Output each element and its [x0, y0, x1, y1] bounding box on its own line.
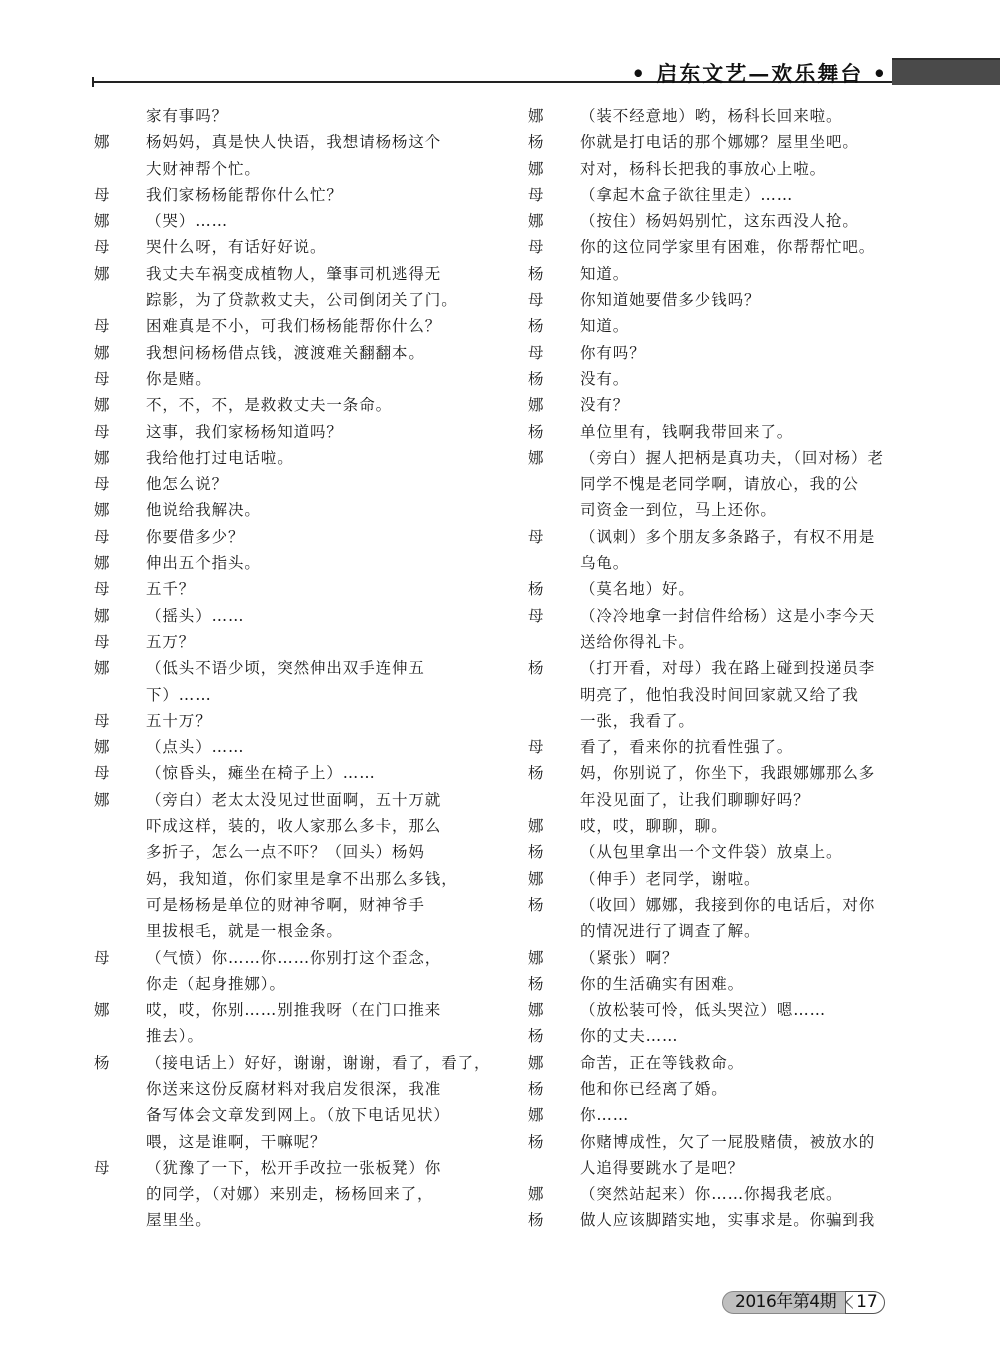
dialogue-line: 杨你就是打电话的那个娜娜？屋里坐吧。 [528, 129, 908, 155]
speaker-label: 娜 [94, 787, 146, 813]
dialogue-text: 你的生活确实有困难。 [580, 971, 908, 997]
dialogue-text: 他说给我解决。 [146, 497, 474, 523]
dialogue-text: （旁白）握人把柄是真功夫，（回对杨）老 [580, 445, 908, 471]
dialogue-line: 明亮了，他怕我没时间回家就又给了我 [528, 682, 908, 708]
speaker-label: 娜 [94, 550, 146, 576]
speaker-label [94, 682, 146, 708]
dialogue-text: 下）…… [146, 682, 474, 708]
dialogue-text: 知道。 [580, 261, 908, 287]
dialogue-text: 我们家杨杨能帮你什么忙？ [146, 182, 474, 208]
dialogue-line: 母五千？ [94, 576, 474, 602]
speaker-label: 母 [94, 708, 146, 734]
dialogue-text: 的同学，（对娜）来别走，杨杨回来了， [146, 1181, 474, 1207]
speaker-label: 娜 [94, 603, 146, 629]
speaker-label [528, 682, 580, 708]
speaker-label: 娜 [528, 392, 580, 418]
dialogue-line: 娜对对，杨科长把我的事放心上啦。 [528, 156, 908, 182]
issue-label: 2016年第4期 [722, 1291, 847, 1314]
speaker-label: 娜 [94, 261, 146, 287]
speaker-label: 母 [94, 471, 146, 497]
dialogue-text: 送给你得礼卡。 [580, 629, 908, 655]
speaker-label: 杨 [528, 261, 580, 287]
dialogue-text: 五千？ [146, 576, 474, 602]
dialogue-line: 母五十万？ [94, 708, 474, 734]
dialogue-text: 哭什么呀，有话好好说。 [146, 234, 474, 260]
speaker-label: 母 [94, 524, 146, 550]
dialogue-line: 娜我给他打过电话啦。 [94, 445, 474, 471]
dialogue-line: 杨知道。 [528, 313, 908, 339]
dialogue-text: 对对，杨科长把我的事放心上啦。 [580, 156, 908, 182]
speaker-label [94, 156, 146, 182]
dialogue-text: （放松装可怜，低头哭泣）嗯…… [580, 997, 908, 1023]
dialogue-line: 多折子，怎么一点不吓？（回头）杨妈 [94, 839, 474, 865]
speaker-label: 母 [528, 287, 580, 313]
dialogue-text: 我想问杨杨借点钱，渡渡难关翻翻本。 [146, 340, 474, 366]
dialogue-line: 母我们家杨杨能帮你什么忙？ [94, 182, 474, 208]
dialogue-line: 母你的这位同学家里有困难，你帮帮忙吧。 [528, 234, 908, 260]
speaker-label [528, 629, 580, 655]
speaker-label [528, 471, 580, 497]
dialogue-text: 同学不愧是老同学啊，请放心，我的公 [580, 471, 908, 497]
speaker-label: 娜 [528, 866, 580, 892]
speaker-label: 母 [94, 313, 146, 339]
dialogue-text: 乌龟。 [580, 550, 908, 576]
speaker-label: 杨 [94, 1050, 146, 1076]
section-title: • 启东文艺—欢乐舞台 • [632, 58, 888, 88]
speaker-label: 娜 [528, 997, 580, 1023]
dialogue-text: 妈，你别说了，你坐下，我跟娜娜那么多 [580, 760, 908, 786]
dialogue-line: 乌龟。 [528, 550, 908, 576]
speaker-label: 母 [528, 524, 580, 550]
speaker-label: 母 [94, 576, 146, 602]
dialogue-line: 母看了，看来你的抗看性强了。 [528, 734, 908, 760]
dialogue-text: 你知道她要借多少钱吗？ [580, 287, 908, 313]
speaker-label: 娜 [94, 497, 146, 523]
left-column: 家有事吗？娜杨妈妈，真是快人快语，我想请杨杨这个大财神帮个忙。母我们家杨杨能帮你… [94, 103, 474, 1234]
speaker-label [94, 866, 146, 892]
dialogue-text: 做人应该脚踏实地，实事求是。你骗到我 [580, 1207, 908, 1233]
speaker-label: 杨 [528, 129, 580, 155]
dialogue-line: 母五万？ [94, 629, 474, 655]
speaker-label: 母 [528, 340, 580, 366]
dialogue-line: 母哭什么呀，有话好好说。 [94, 234, 474, 260]
dialogue-text: 备写体会文章发到网上。（放下电话见状） [146, 1102, 474, 1128]
speaker-label: 杨 [528, 1023, 580, 1049]
right-column: 娜（装不经意地）哟，杨科长回来啦。杨你就是打电话的那个娜娜？屋里坐吧。娜对对，杨… [528, 103, 908, 1234]
dialogue-line: 母（拿起木盒子欲往里走）…… [528, 182, 908, 208]
speaker-label: 杨 [528, 892, 580, 918]
dialogue-line: 杨他和你已经离了婚。 [528, 1076, 908, 1102]
dialogue-text: 你…… [580, 1102, 908, 1128]
speaker-label: 母 [94, 366, 146, 392]
speaker-label: 母 [528, 603, 580, 629]
dialogue-text: 可是杨杨是单位的财神爷啊，财神爷手 [146, 892, 474, 918]
dialogue-text: （突然站起来）你……你揭我老底。 [580, 1181, 908, 1207]
dialogue-text: 看了，看来你的抗看性强了。 [580, 734, 908, 760]
dialogue-line: 里拔根毛，就是一根金条。 [94, 918, 474, 944]
speaker-label [528, 497, 580, 523]
dialogue-line: 母困难真是不小，可我们杨杨能帮你什么？ [94, 313, 474, 339]
dialogue-line: 杨（收回）娜娜，我接到你的电话后，对你 [528, 892, 908, 918]
speaker-label: 娜 [94, 445, 146, 471]
dialogue-text: 这事，我们家杨杨知道吗？ [146, 419, 474, 445]
dialogue-line: 人追得要跳水了是吧？ [528, 1155, 908, 1181]
dialogue-line: 娜（哭）…… [94, 208, 474, 234]
dialogue-line: 杨（接电话上）好好，谢谢，谢谢，看了，看了， [94, 1050, 474, 1076]
dialogue-text: 他怎么说？ [146, 471, 474, 497]
dialogue-line: 踪影，为了贷款救丈夫，公司倒闭关了门。 [94, 287, 474, 313]
dialogue-text: 知道。 [580, 313, 908, 339]
dialogue-text: 你赌博成性，欠了一屁股赌债，被放水的 [580, 1129, 908, 1155]
speaker-label: 杨 [528, 313, 580, 339]
dialogue-text: （打开看，对母）我在路上碰到投递员李 [580, 655, 908, 681]
dialogue-line: 杨没有。 [528, 366, 908, 392]
dialogue-text: （惊昏头，瘫坐在椅子上）…… [146, 760, 474, 786]
speaker-label: 杨 [528, 1207, 580, 1233]
speaker-label [94, 1129, 146, 1155]
dialogue-text: （低头不语少顷，突然伸出双手连伸五 [146, 655, 474, 681]
dialogue-line: 杨你赌博成性，欠了一屁股赌债，被放水的 [528, 1129, 908, 1155]
speaker-label: 杨 [528, 1129, 580, 1155]
dialogue-line: 娜杨妈妈，真是快人快语，我想请杨杨这个 [94, 129, 474, 155]
dialogue-line: 娜（点头）…… [94, 734, 474, 760]
speaker-label: 杨 [528, 971, 580, 997]
dialogue-text: （莫名地）好。 [580, 576, 908, 602]
dialogue-text: （装不经意地）哟，杨科长回来啦。 [580, 103, 908, 129]
speaker-label: 娜 [528, 1050, 580, 1076]
speaker-label: 娜 [528, 1102, 580, 1128]
page-header: • 启东文艺—欢乐舞台 • [0, 0, 1000, 90]
dialogue-line: 母（冷冷地拿一封信件给杨）这是小李今天 [528, 603, 908, 629]
dialogue-line: 备写体会文章发到网上。（放下电话见状） [94, 1102, 474, 1128]
speaker-label: 娜 [94, 392, 146, 418]
dialogue-text: 多折子，怎么一点不吓？（回头）杨妈 [146, 839, 474, 865]
speaker-label: 母 [94, 1155, 146, 1181]
dialogue-text: （犹豫了一下，松开手改拉一张板凳）你 [146, 1155, 474, 1181]
dialogue-line: 的同学，（对娜）来别走，杨杨回来了， [94, 1181, 474, 1207]
dialogue-text: （拿起木盒子欲往里走）…… [580, 182, 908, 208]
dialogue-line: 娜哎，哎，你别……别推我呀（在门口推来 [94, 997, 474, 1023]
dialogue-line: 娜没有？ [528, 392, 908, 418]
speaker-label: 娜 [528, 945, 580, 971]
speaker-label: 杨 [528, 366, 580, 392]
speaker-label: 杨 [528, 655, 580, 681]
dialogue-line: 娜哎，哎，聊聊，聊。 [528, 813, 908, 839]
dialogue-line: 母（惊昏头，瘫坐在椅子上）…… [94, 760, 474, 786]
dialogue-line: 娜（放松装可怜，低头哭泣）嗯…… [528, 997, 908, 1023]
dialogue-text: 命苦，正在等钱救命。 [580, 1050, 908, 1076]
dialogue-text: 杨妈妈，真是快人快语，我想请杨杨这个 [146, 129, 474, 155]
dialogue-line: 娜（伸手）老同学，谢啦。 [528, 866, 908, 892]
speaker-label [94, 813, 146, 839]
dialogue-line: 母你有吗？ [528, 340, 908, 366]
dialogue-line: 杨单位里有，钱啊我带回来了。 [528, 419, 908, 445]
speaker-label [94, 1102, 146, 1128]
dialogue-text: 你是赌。 [146, 366, 474, 392]
speaker-label: 母 [94, 629, 146, 655]
speaker-label: 杨 [528, 760, 580, 786]
speaker-label [94, 103, 146, 129]
page-number: 17 [845, 1291, 885, 1314]
dialogue-line: 母（犹豫了一下，松开手改拉一张板凳）你 [94, 1155, 474, 1181]
dialogue-text: 单位里有，钱啊我带回来了。 [580, 419, 908, 445]
speaker-label: 娜 [528, 1181, 580, 1207]
dialogue-line: 娜不，不，不，是救救丈夫一条命。 [94, 392, 474, 418]
dialogue-line: 你走（起身推娜）。 [94, 971, 474, 997]
dialogue-text: 踪影，为了贷款救丈夫，公司倒闭关了门。 [146, 287, 474, 313]
dialogue-line: 家有事吗？ [94, 103, 474, 129]
dialogue-text: （讽刺）多个朋友多条路子，有权不用是 [580, 524, 908, 550]
dialogue-line: 娜伸出五个指头。 [94, 550, 474, 576]
dialogue-line: 娜（突然站起来）你……你揭我老底。 [528, 1181, 908, 1207]
dialogue-line: 下）…… [94, 682, 474, 708]
dialogue-line: 娜（摇头）…… [94, 603, 474, 629]
speaker-label: 娜 [94, 340, 146, 366]
speaker-label: 母 [528, 234, 580, 260]
dialogue-line: 你送来这份反腐材料对我启发很深，我准 [94, 1076, 474, 1102]
dialogue-line: 娜（装不经意地）哟，杨科长回来啦。 [528, 103, 908, 129]
speaker-label: 杨 [528, 576, 580, 602]
speaker-label: 娜 [94, 655, 146, 681]
dialogue-text: 困难真是不小，可我们杨杨能帮你什么？ [146, 313, 474, 339]
dialogue-text: （哭）…… [146, 208, 474, 234]
dialogue-text: 我丈夫车祸变成植物人，肇事司机逃得无 [146, 261, 474, 287]
dialogue-text: （紧张）啊？ [580, 945, 908, 971]
speaker-label: 杨 [528, 839, 580, 865]
dialogue-line: 母（讽刺）多个朋友多条路子，有权不用是 [528, 524, 908, 550]
speaker-label: 娜 [528, 208, 580, 234]
speaker-label: 娜 [94, 208, 146, 234]
dialogue-text: （冷冷地拿一封信件给杨）这是小李今天 [580, 603, 908, 629]
speaker-label: 娜 [528, 813, 580, 839]
speaker-label: 娜 [94, 129, 146, 155]
speaker-label [528, 550, 580, 576]
dialogue-line: 娜我丈夫车祸变成植物人，肇事司机逃得无 [94, 261, 474, 287]
dialogue-text: 屋里坐。 [146, 1207, 474, 1233]
dialogue-line: 杨（打开看，对母）我在路上碰到投递员李 [528, 655, 908, 681]
speaker-label [94, 971, 146, 997]
speaker-label: 母 [94, 182, 146, 208]
dialogue-line: 同学不愧是老同学啊，请放心，我的公 [528, 471, 908, 497]
dialogue-text: 五十万？ [146, 708, 474, 734]
dialogue-line: 娜（旁白）老太太没见过世面啊，五十万就 [94, 787, 474, 813]
dialogue-text: 你就是打电话的那个娜娜？屋里坐吧。 [580, 129, 908, 155]
speaker-label: 杨 [528, 1076, 580, 1102]
dialogue-line: 杨你的丈夫…… [528, 1023, 908, 1049]
dialogue-line: 母（气愤）你……你……你别打这个歪念， [94, 945, 474, 971]
dialogue-text: 司资金一到位，马上还你。 [580, 497, 908, 523]
dialogue-line: 大财神帮个忙。 [94, 156, 474, 182]
dialogue-text: 喂，这是谁啊，干嘛呢？ [146, 1129, 474, 1155]
speaker-label [528, 1155, 580, 1181]
speaker-label [94, 839, 146, 865]
dialogue-line: 母你要借多少？ [94, 524, 474, 550]
dialogue-line: 母你知道她要借多少钱吗？ [528, 287, 908, 313]
dialogue-line: 屋里坐。 [94, 1207, 474, 1233]
dialogue-line: 娜（按住）杨妈妈别忙，这东西没人抢。 [528, 208, 908, 234]
dialogue-line: 杨做人应该脚踏实地，实事求是。你骗到我 [528, 1207, 908, 1233]
speaker-label: 母 [528, 734, 580, 760]
dialogue-text: 的情况进行了调查了解。 [580, 918, 908, 944]
dialogue-text: 明亮了，他怕我没时间回家就又给了我 [580, 682, 908, 708]
dialogue-text: 推去）。 [146, 1023, 474, 1049]
dialogue-text: （旁白）老太太没见过世面啊，五十万就 [146, 787, 474, 813]
speaker-label [94, 1076, 146, 1102]
dialogue-text: （接电话上）好好，谢谢，谢谢，看了，看了， [146, 1050, 490, 1076]
dialogue-line: 娜（低头不语少顷，突然伸出双手连伸五 [94, 655, 474, 681]
header-gray-block [892, 58, 1000, 85]
dialogue-line: 杨知道。 [528, 261, 908, 287]
dialogue-line: 娜命苦，正在等钱救命。 [528, 1050, 908, 1076]
dialogue-line: 母这事，我们家杨杨知道吗？ [94, 419, 474, 445]
dialogue-line: 年没见面了，让我们聊聊好吗？ [528, 787, 908, 813]
dialogue-line: 送给你得礼卡。 [528, 629, 908, 655]
speaker-label: 娜 [528, 445, 580, 471]
speaker-label: 母 [528, 182, 580, 208]
dialogue-line: 可是杨杨是单位的财神爷啊，财神爷手 [94, 892, 474, 918]
speaker-label [94, 918, 146, 944]
dialogue-line: 娜你…… [528, 1102, 908, 1128]
speaker-label [94, 1181, 146, 1207]
dialogue-text: （伸手）老同学，谢啦。 [580, 866, 908, 892]
dialogue-text: （收回）娜娜，我接到你的电话后，对你 [580, 892, 908, 918]
dialogue-line: 吓成这样，装的，收人家那么多卡，那么 [94, 813, 474, 839]
speaker-label [528, 787, 580, 813]
dialogue-text: 年没见面了，让我们聊聊好吗？ [580, 787, 908, 813]
speaker-label: 母 [94, 419, 146, 445]
dialogue-line: 母他怎么说？ [94, 471, 474, 497]
dialogue-line: 杨（莫名地）好。 [528, 576, 908, 602]
dialogue-text: 吓成这样，装的，收人家那么多卡，那么 [146, 813, 474, 839]
speaker-label: 母 [94, 234, 146, 260]
dialogue-line: 杨（从包里拿出一个文件袋）放桌上。 [528, 839, 908, 865]
dialogue-line: 娜他说给我解决。 [94, 497, 474, 523]
dialogue-text: （从包里拿出一个文件袋）放桌上。 [580, 839, 908, 865]
speaker-label: 杨 [528, 419, 580, 445]
dialogue-text: 没有？ [580, 392, 908, 418]
dialogue-line: 推去）。 [94, 1023, 474, 1049]
dialogue-text: 妈，我知道，你们家里是拿不出那么多钱， [146, 866, 474, 892]
dialogue-line: 娜（紧张）啊？ [528, 945, 908, 971]
dialogue-text: 他和你已经离了婚。 [580, 1076, 908, 1102]
dialogue-line: 娜我想问杨杨借点钱，渡渡难关翻翻本。 [94, 340, 474, 366]
dialogue-line: 母你是赌。 [94, 366, 474, 392]
speaker-label [94, 287, 146, 313]
speaker-label [94, 1023, 146, 1049]
dialogue-line: 喂，这是谁啊，干嘛呢？ [94, 1129, 474, 1155]
dialogue-line: 的情况进行了调查了解。 [528, 918, 908, 944]
dialogue-line: 杨妈，你别说了，你坐下，我跟娜娜那么多 [528, 760, 908, 786]
dialogue-text: （摇头）…… [146, 603, 474, 629]
dialogue-line: 娜（旁白）握人把柄是真功夫，（回对杨）老 [528, 445, 908, 471]
dialogue-text: 你的丈夫…… [580, 1023, 908, 1049]
page-footer: 2016年第4期 17 [722, 1290, 885, 1314]
dialogue-text: （气愤）你……你……你别打这个歪念， [146, 945, 474, 971]
dialogue-text: 哎，哎，聊聊，聊。 [580, 813, 908, 839]
speaker-label: 娜 [528, 156, 580, 182]
dialogue-text: 你有吗？ [580, 340, 908, 366]
dialogue-line: 杨你的生活确实有困难。 [528, 971, 908, 997]
dialogue-line: 一张，我看了。 [528, 708, 908, 734]
dialogue-text: 你要借多少？ [146, 524, 474, 550]
speaker-label: 母 [94, 760, 146, 786]
dialogue-text: 不，不，不，是救救丈夫一条命。 [146, 392, 474, 418]
dialogue-text: 大财神帮个忙。 [146, 156, 474, 182]
speaker-label: 母 [94, 945, 146, 971]
speaker-label: 娜 [94, 997, 146, 1023]
dialogue-text: 家有事吗？ [146, 103, 474, 129]
speaker-label: 娜 [528, 103, 580, 129]
dialogue-text: 没有。 [580, 366, 908, 392]
dialogue-text: 你的这位同学家里有困难，你帮帮忙吧。 [580, 234, 908, 260]
dialogue-text: （按住）杨妈妈别忙，这东西没人抢。 [580, 208, 908, 234]
dialogue-text: 里拔根毛，就是一根金条。 [146, 918, 474, 944]
dialogue-text: 哎，哎，你别……别推我呀（在门口推来 [146, 997, 474, 1023]
dialogue-text: 我给他打过电话啦。 [146, 445, 474, 471]
speaker-label [528, 708, 580, 734]
dialogue-line: 妈，我知道，你们家里是拿不出那么多钱， [94, 866, 474, 892]
dialogue-text: 一张，我看了。 [580, 708, 908, 734]
speaker-label [94, 892, 146, 918]
dialogue-text: 人追得要跳水了是吧？ [580, 1155, 908, 1181]
dialogue-text: 你走（起身推娜）。 [146, 971, 474, 997]
dialogue-text: 五万？ [146, 629, 474, 655]
dialogue-text: 伸出五个指头。 [146, 550, 474, 576]
dialogue-line: 司资金一到位，马上还你。 [528, 497, 908, 523]
speaker-label: 娜 [94, 734, 146, 760]
speaker-label [528, 918, 580, 944]
dialogue-text: （点头）…… [146, 734, 474, 760]
dialogue-text: 你送来这份反腐材料对我启发很深，我准 [146, 1076, 474, 1102]
speaker-label [94, 1207, 146, 1233]
